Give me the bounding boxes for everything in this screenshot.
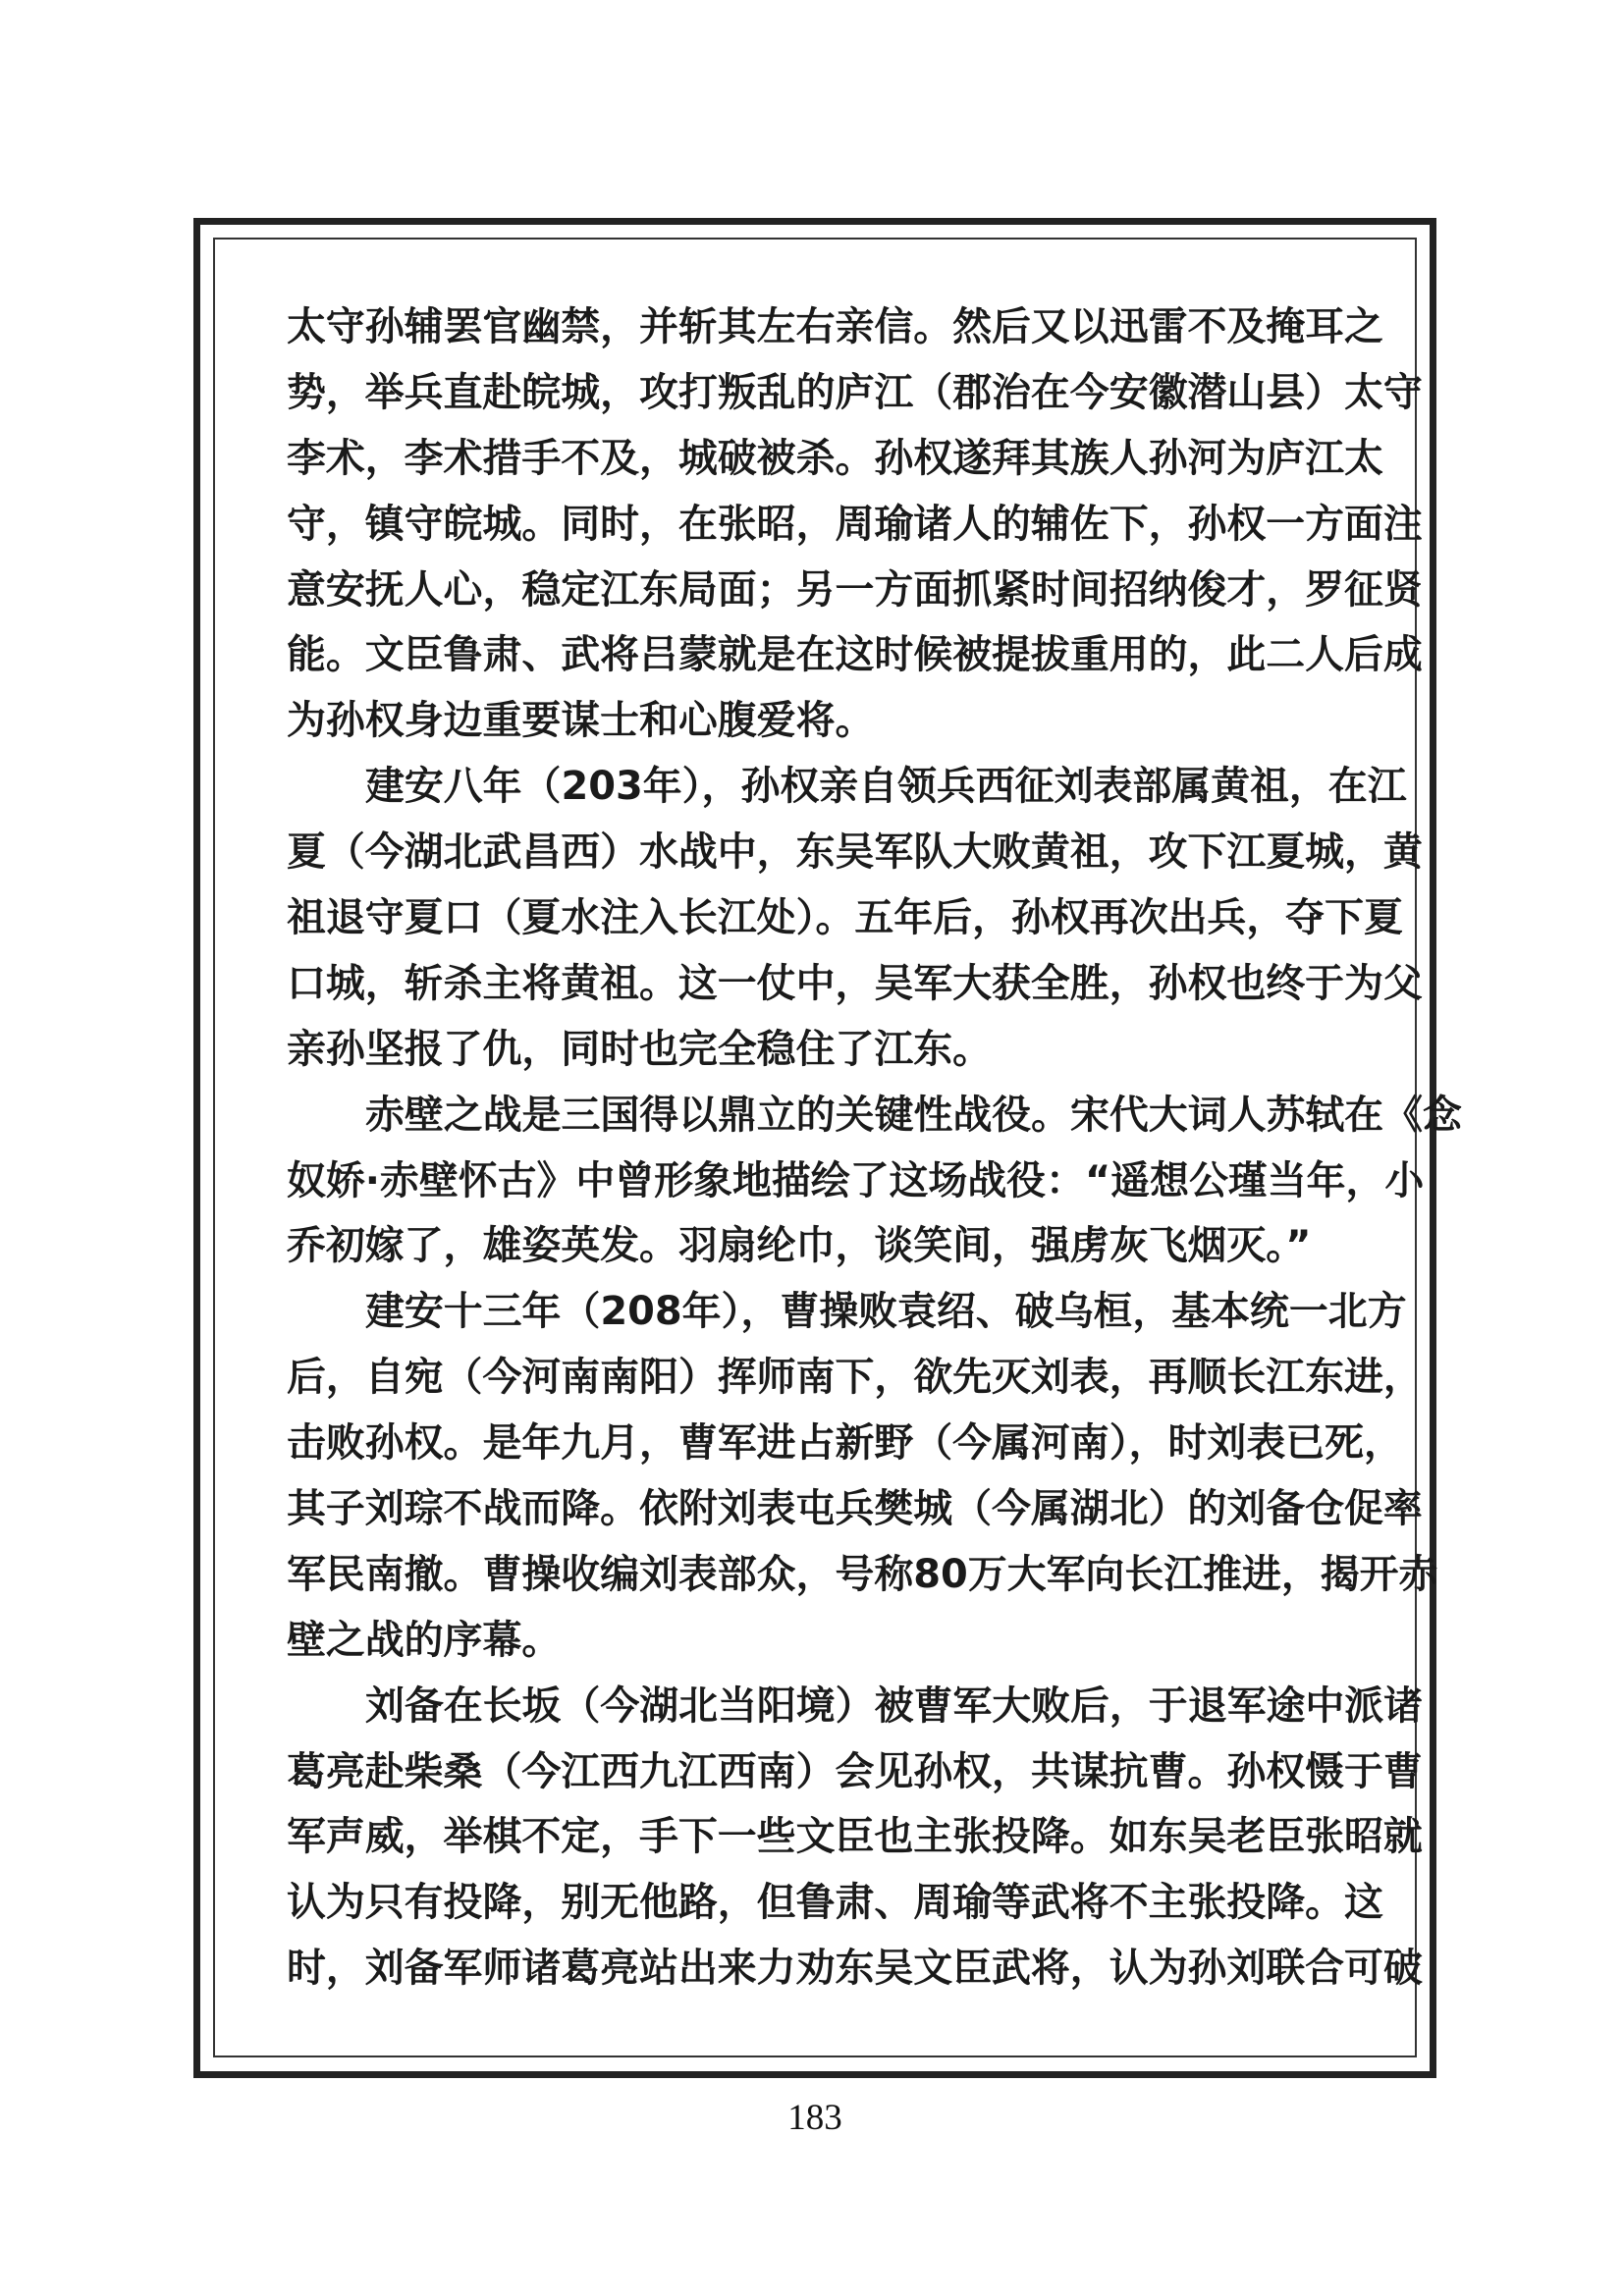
- text-line: 葛亮赴柴桑（今江西九江西南）会见孙权，共谋抗曹。孙权慑于曹: [287, 1739, 1345, 1805]
- text-line: 其子刘琮不战而降。依附刘表屯兵樊城（今属湖北）的刘备仓促率: [287, 1476, 1345, 1542]
- text-line: 守，镇守皖城。同时，在张昭，周瑜诸人的辅佐下，孙权一方面注: [287, 492, 1345, 558]
- text-line: 为孙权身边重要谋士和心腹爱将。: [287, 688, 1345, 754]
- text-line: 壁之战的序幕。: [287, 1608, 1345, 1674]
- paragraph-start-line: 建安八年（203年），孙权亲自领兵西征刘表部属黄祖，在江: [287, 754, 1345, 820]
- text-line: 口城，斩杀主将黄祖。这一仗中，吴军大获全胜，孙权也终于为父: [287, 951, 1345, 1017]
- text-line: 太守孙辅罢官幽禁，并斩其左右亲信。然后又以迅雷不及掩耳之: [287, 294, 1345, 360]
- text-line: 乔初嫁了，雄姿英发。羽扇纶巾，谈笑间，强虏灰飞烟灭。”: [287, 1213, 1345, 1279]
- text-line: 军声威，举棋不定，手下一些文臣也主张投降。如东吴老臣张昭就: [287, 1804, 1345, 1870]
- text-line: 意安抚人心，稳定江东局面；另一方面抓紧时间招纳俊才，罗征贤: [287, 558, 1345, 623]
- text-line: 势，举兵直赴皖城，攻打叛乱的庐江（郡治在今安徽潜山县）太守: [287, 360, 1345, 426]
- text-line: 时，刘备军师诸葛亮站出来力劝东吴文臣武将，认为孙刘联合可破: [287, 1936, 1345, 2002]
- paragraph-start-line: 刘备在长坂（今湖北当阳境）被曹军大败后，于退军途中派诸: [287, 1674, 1345, 1739]
- text-line: 军民南撤。曹操收编刘表部众，号称80万大军向长江推进，揭开赤: [287, 1542, 1345, 1608]
- text-line: 祖退守夏口（夏水注入长江处）。五年后，孙权再次出兵，夺下夏: [287, 885, 1345, 951]
- text-line: 击败孙权。是年九月，曹军进占新野（今属河南），时刘表已死，: [287, 1411, 1345, 1476]
- page-number: 183: [717, 2097, 913, 2140]
- text-line: 奴娇·赤壁怀古》中曾形象地描绘了这场战役：“遥想公瑾当年，小: [287, 1148, 1345, 1214]
- text-line: 夏（今湖北武昌西）水战中，东吴军队大败黄祖，攻下江夏城，黄: [287, 820, 1345, 885]
- text-line: 能。文臣鲁肃、武将吕蒙就是在这时候被提拔重用的，此二人后成: [287, 622, 1345, 688]
- body-text: 太守孙辅罢官幽禁，并斩其左右亲信。然后又以迅雷不及掩耳之 势，举兵直赴皖城，攻打…: [287, 294, 1345, 2002]
- text-line: 亲孙坚报了仇，同时也完全稳住了江东。: [287, 1017, 1345, 1083]
- paragraph-start-line: 建安十三年（208年），曹操败袁绍、破乌桓，基本统一北方: [287, 1279, 1345, 1345]
- text-line: 李术，李术措手不及，城破被杀。孙权遂拜其族人孙河为庐江太: [287, 426, 1345, 492]
- text-line: 认为只有投降，别无他路，但鲁肃、周瑜等武将不主张投降。这: [287, 1870, 1345, 1936]
- paragraph-start-line: 赤壁之战是三国得以鼎立的关键性战役。宋代大词人苏轼在《念: [287, 1083, 1345, 1148]
- text-line: 后，自宛（今河南南阳）挥师南下，欲先灭刘表，再顺长江东进，: [287, 1345, 1345, 1411]
